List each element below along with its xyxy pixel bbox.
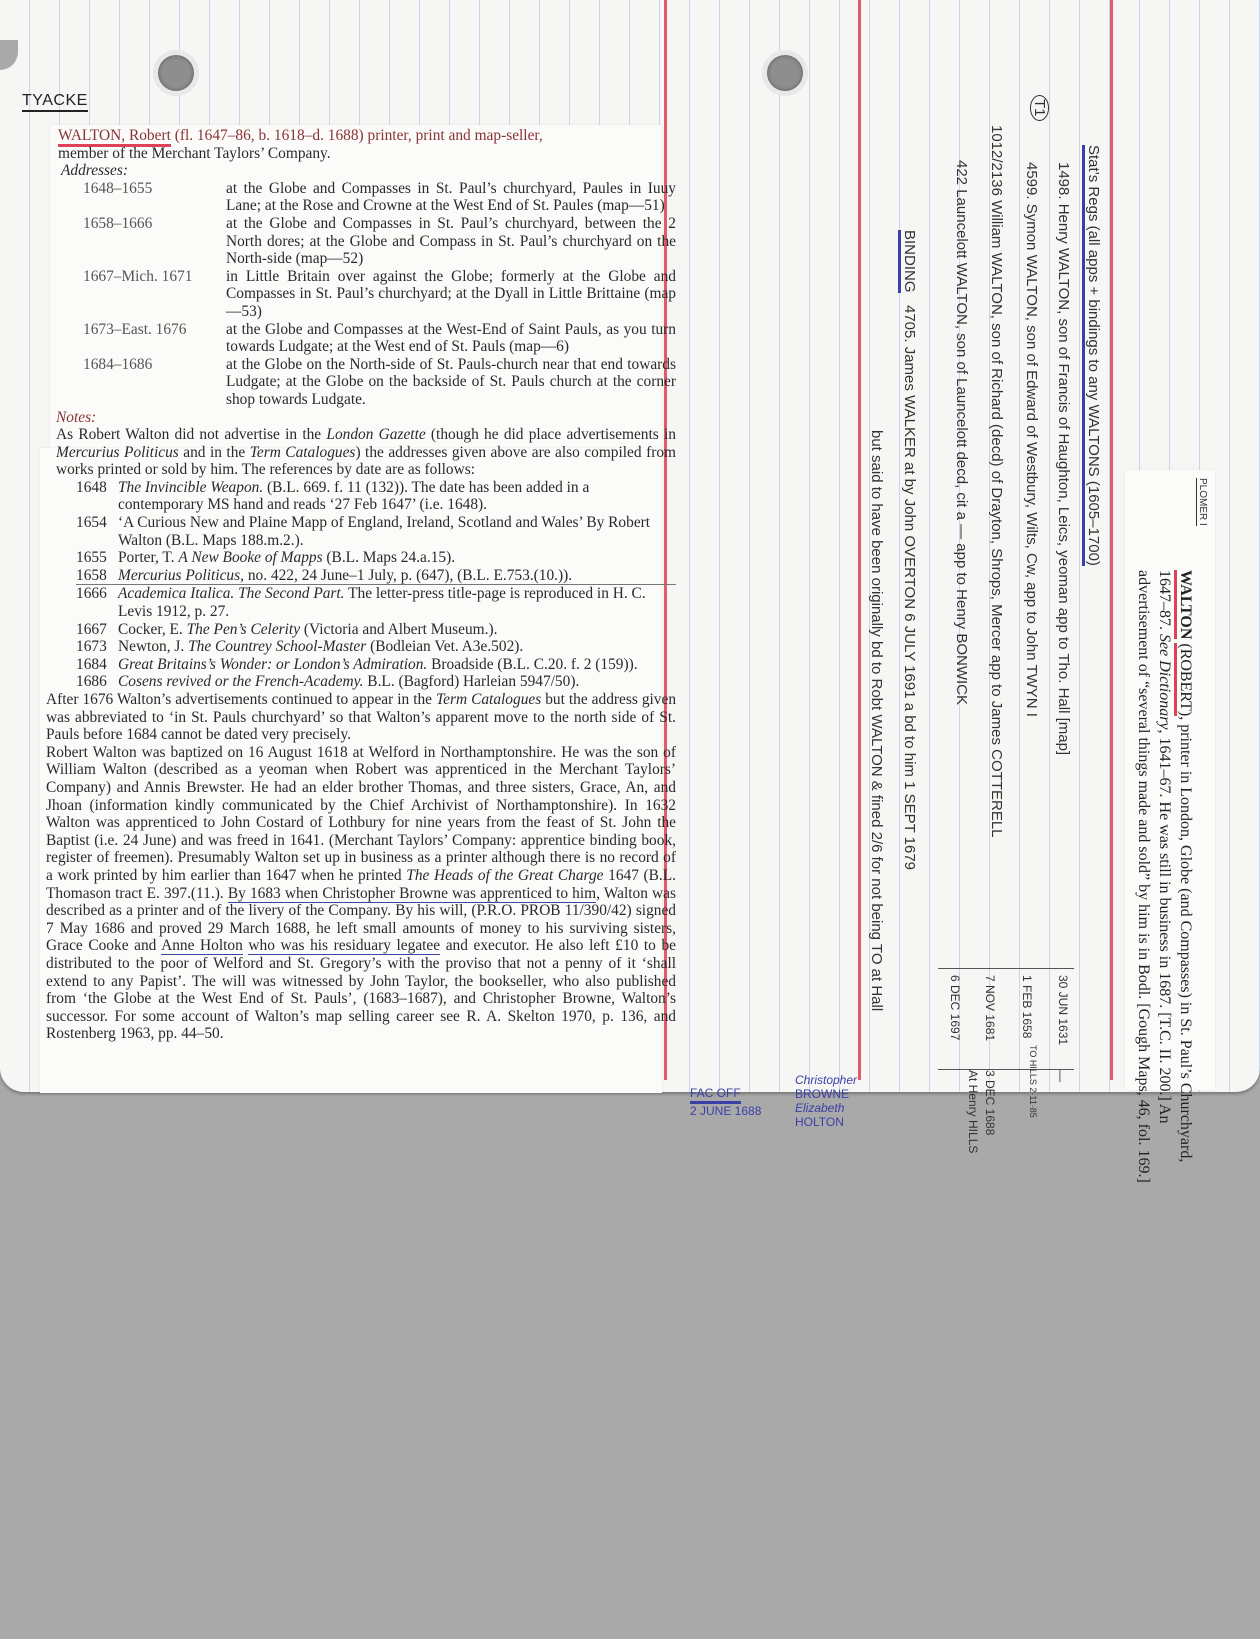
- binding-label: BINDING: [901, 230, 918, 293]
- binding-note: but said to have been originally bd to R…: [868, 430, 885, 1011]
- reference-item: 1654‘A Curious New and Plaine Mapp of En…: [76, 514, 676, 549]
- index-card: TYACKE WALTON, Robert (fl. 1647–86, b. 1…: [0, 0, 1260, 1092]
- card-corner: [0, 40, 18, 70]
- reference-item: 1648The Invincible Weapon. (B.L. 669. f.…: [76, 479, 676, 514]
- reference-item: 1655Porter, T. A New Booke of Mapps (B.L…: [76, 549, 676, 567]
- addresses-label: Addresses:: [58, 162, 676, 180]
- reference-item: 1667Cocker, E. The Pen’s Celerity (Victo…: [76, 621, 676, 639]
- punch-hole: [762, 50, 808, 96]
- date-cell: —: [1054, 1070, 1068, 1082]
- underline-legatee: who was his residuary legatee: [248, 937, 440, 955]
- date-cell: 30 JUN 1631: [1056, 975, 1070, 1045]
- handwritten-entry: 1012/2136 William WALTON, son of Richard…: [988, 125, 1005, 838]
- date-cell: 3 DEC 1688: [983, 1070, 997, 1135]
- stationers-heading: Stat’s Regs (all apps + bindings to any …: [1085, 145, 1102, 566]
- date-cell: At Henry HILLS: [966, 1070, 980, 1153]
- binding-entry: 4705. James WALKER at by John OVERTON 6 …: [901, 305, 918, 870]
- reference-item: 1673Newton, J. The Countrey School-Maste…: [76, 638, 676, 656]
- date-note: TO HILLS 2·11·85: [1028, 1045, 1038, 1118]
- handwritten-entry: 1498. Henry WALTON, son of Francis of Ha…: [1055, 162, 1072, 755]
- circle-mark: T1: [1031, 95, 1048, 121]
- plomer-entry: WALTON (ROBERT), printer in London, Glob…: [1133, 570, 1196, 1190]
- address-list: 1648–1655at the Globe and Compasses in S…: [58, 180, 676, 409]
- margin-line: [1110, 0, 1113, 1080]
- date-cell: 7 NOV 1681: [983, 975, 997, 1041]
- handwritten-entry: 4599. Symon WALTON, son of Edward of Wes…: [1023, 162, 1040, 717]
- underline-holton: Anne Holton: [161, 937, 243, 955]
- after-1676-paragraph: After 1676 Walton’s advertisements conti…: [46, 691, 676, 744]
- tyacke-entry: WALTON, Robert (fl. 1647–86, b. 1618–d. …: [58, 127, 676, 1043]
- reference-item: 1686Cosens revived or the French-Academy…: [76, 673, 676, 691]
- biography-paragraph: Robert Walton was baptized on 16 August …: [46, 744, 676, 1043]
- margin-line: [858, 0, 861, 1080]
- handwritten-entry: 422 Launcelott WALTON, son of Launcelott…: [953, 160, 970, 705]
- reference-item: 1684Great Britains’s Wonder: or London’s…: [76, 656, 676, 674]
- date-cell: 1 FEB 1658: [1020, 975, 1034, 1038]
- punch-hole: [153, 50, 199, 96]
- plomer-label: PLOMER I: [1197, 478, 1208, 526]
- reference-item: 1658Mercurius Politicus, no. 422, 24 Jun…: [76, 567, 676, 586]
- notes-label: Notes:: [56, 409, 676, 427]
- reference-item: 1666Academica Italica. The Second Part. …: [76, 585, 676, 620]
- source-label: TYACKE: [22, 92, 88, 112]
- notes-intro: As Robert Walton did not advertise in th…: [56, 426, 676, 479]
- underline-browne: By 1683 when Christopher Browne was appr…: [228, 885, 596, 903]
- browne-holton-annotation: Christopher BROWNE Elizabeth HOLTON: [795, 1073, 857, 1129]
- fac-off-annotation: FAC OFF 2 JUNE 1688: [690, 1086, 761, 1119]
- date-cell: 6 DEC 1697: [948, 975, 962, 1040]
- entry-subheading: member of the Merchant Taylors’ Company.: [58, 145, 676, 163]
- entry-heading: WALTON, Robert (fl. 1647–86, b. 1618–d. …: [58, 127, 676, 145]
- reference-list: 1648The Invincible Weapon. (B.L. 669. f.…: [58, 479, 676, 691]
